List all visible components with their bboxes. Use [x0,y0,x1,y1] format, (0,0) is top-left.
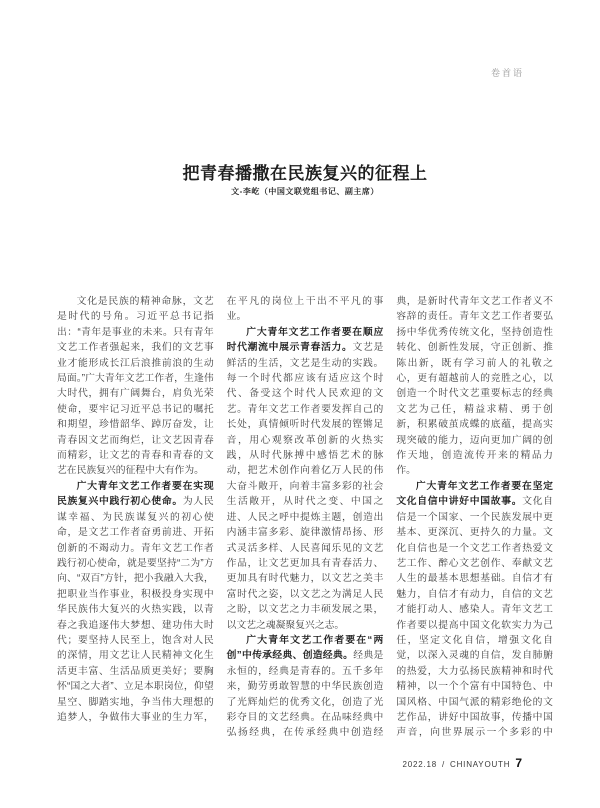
article-byline: 文-李屹（中国文联党组书记、副主席） [57,186,553,197]
paragraph: 文化是民族的精神命脉，文艺是时代的号角。习近平总书记指出：“青年是事业的未来。只… [57,294,214,479]
article-title: 把青春播撒在民族复兴的征程上 [57,159,553,184]
footer-issue: 2022.18 [402,760,437,769]
footer: 2022.18 / CHINAYOUTH 7 [402,756,522,770]
paragraph-lead: 广大青年文艺工作者要在“两创”中传承经典、创造经典。 [227,635,384,661]
paragraph-lead: 广大青年文艺工作者要在实现民族复兴中践行初心使命。 [57,481,214,507]
magazine-page: 卷首语 把青春播撒在民族复兴的征程上 文-李屹（中国文联党组书记、副主席） 文化… [0,0,600,808]
paragraph: 广大青年文艺工作者要在顺应时代潮流中展示青春活力。文艺是鲜活的生活，文艺是生动的… [227,325,384,633]
footer-magazine: CHINAYOUTH [450,760,510,769]
footer-separator: / [442,760,445,769]
paragraph-lead: 广大青年文艺工作者要在坚定文化自信中讲好中国故事。 [396,481,553,507]
paragraph-lead: 广大青年文艺工作者要在顺应时代潮流中展示青春活力。 [227,327,384,353]
article-columns: 文化是民族的精神命脉，文艺是时代的号角。习近平总书记指出：“青年是事业的未来。只… [57,294,553,742]
section-label: 卷首语 [491,66,524,79]
footer-page-number: 7 [515,756,522,770]
